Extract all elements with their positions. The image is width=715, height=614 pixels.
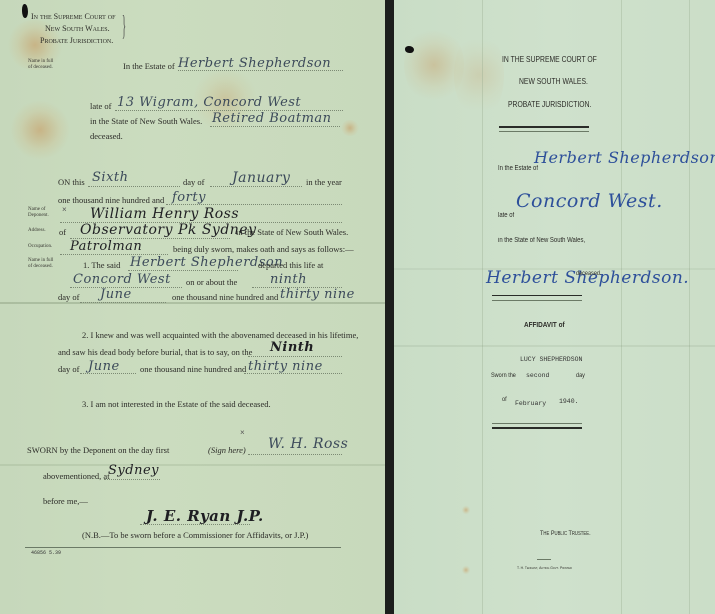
- cover-rule: [492, 295, 582, 296]
- para2-month: June: [88, 359, 120, 374]
- cover-rule: [492, 300, 582, 301]
- cover-rule: [492, 427, 582, 429]
- printer-imprint: T. H. Tennant, Acting Govt. Printer: [517, 565, 572, 570]
- para1-on-about: on or about the: [186, 277, 237, 287]
- paper-stain: [462, 505, 470, 515]
- para3: 3. I am not interested in the Estate of …: [82, 399, 271, 409]
- occupation-deceased: Retired Boatman: [212, 111, 332, 126]
- court-header-line2: New South Wales.: [45, 24, 110, 33]
- para1-year-prefix: one thousand nine hundred and: [172, 292, 278, 302]
- para1-prefix: 1. The said: [83, 260, 120, 270]
- cover-court-line2: NEW SOUTH WALES.: [519, 77, 588, 86]
- affidavit-cover-page: IN THE SUPREME COURT OF NEW SOUTH WALES.…: [394, 0, 715, 614]
- fill-line: [248, 356, 342, 357]
- deponent-name: William Henry Ross: [90, 206, 239, 222]
- margin-label-deponent: Name of Deponent.: [28, 207, 56, 218]
- fill-line: [88, 186, 180, 187]
- late-of-address: 13 Wigram, Concord West: [117, 95, 301, 110]
- cover-deponent-name: LUCY SHEPHERDSON: [520, 356, 582, 363]
- para2-day: Ninth: [270, 340, 314, 355]
- day-label: day: [576, 372, 585, 379]
- public-trustee-label: The Public Trustee.: [540, 530, 591, 537]
- sworn-line2: abovementioned, at: [43, 471, 110, 481]
- para2-day-of: day of: [58, 364, 79, 374]
- fill-line: [178, 70, 343, 71]
- day-of-label: day of: [183, 177, 204, 187]
- paper-stain: [462, 565, 470, 575]
- address-state-suffix: in the State of New South Wales.: [236, 227, 348, 237]
- estate-deceased-name: Herbert Shepherdson: [178, 56, 331, 71]
- paper-stain: [454, 30, 504, 120]
- oath-year: forty: [172, 190, 206, 205]
- cover-late-of-label: late of: [498, 212, 514, 219]
- para1-day: ninth: [270, 272, 307, 287]
- ink-blot: [22, 4, 28, 18]
- year-prefix: one thousand nine hundred and: [58, 195, 164, 205]
- cover-deceased-label: deceased.: [576, 270, 602, 277]
- oath-month: January: [232, 170, 290, 186]
- para1-place: Concord West: [73, 272, 171, 287]
- fill-line: [80, 302, 166, 303]
- oath-day: Sixth: [92, 170, 129, 185]
- sworn-line1: SWORN by the Deponent on the day first: [27, 445, 169, 455]
- cover-court-line1: IN THE SUPREME COURT OF: [502, 55, 597, 64]
- fill-line: [248, 454, 342, 455]
- para1-year: thirty nine: [280, 287, 355, 302]
- cover-rule: [537, 559, 551, 560]
- sign-here-label: (Sign here): [208, 445, 246, 455]
- paper-stain: [340, 120, 360, 136]
- fold-line: [621, 0, 622, 614]
- margin-label-address: Address.: [28, 228, 56, 234]
- late-of-label: late of: [90, 101, 111, 111]
- court-header-line1: In the Supreme Court of: [31, 12, 115, 21]
- deponent-occupation: Patrolman: [70, 239, 142, 254]
- cover-rule: [499, 126, 589, 128]
- affidavit-left-page: In the Supreme Court of New South Wales.…: [0, 0, 385, 614]
- state-label: in the State of New South Wales.: [90, 116, 202, 126]
- cover-sworn-day: second: [526, 372, 549, 379]
- commissioner-signature: J. E. Ryan J.P.: [146, 507, 264, 525]
- margin-label-deceased-2: Name in full of deceased.: [28, 258, 56, 269]
- fill-line: [128, 270, 238, 271]
- brace-bracket: }: [122, 12, 126, 42]
- x-mark: ×: [62, 205, 67, 214]
- para1-departed: departed this life at: [258, 260, 323, 270]
- fold-line: [394, 345, 715, 347]
- cover-rule: [492, 423, 582, 424]
- para2-year-prefix: one thousand nine hundred and: [140, 364, 246, 374]
- binding-spine: [385, 0, 394, 614]
- fold-line: [0, 464, 385, 466]
- fold-line: [482, 0, 483, 614]
- court-header-line3: Probate Jurisdiction.: [40, 36, 113, 45]
- cover-sworn-month: February: [515, 400, 546, 407]
- fill-line: [80, 373, 136, 374]
- margin-label-deceased: Name in full of deceased.: [28, 59, 56, 70]
- deceased-label: deceased.: [90, 131, 123, 141]
- fold-line: [0, 302, 385, 304]
- fill-line: [210, 126, 340, 127]
- in-the-year-label: in the year: [306, 177, 342, 187]
- cover-court-line3: PROBATE JURISDICTION.: [508, 100, 591, 109]
- para2-line1: 2. I knew and was well acquainted with t…: [82, 330, 358, 340]
- estate-label: In the Estate of: [123, 61, 175, 71]
- cover-estate-name: Herbert Shepherdson.: [534, 148, 715, 167]
- sworn-the-label: Sworn the: [491, 372, 516, 379]
- divider-rule: [25, 547, 341, 548]
- cover-rule: [499, 131, 589, 132]
- cover-late-of-value: Concord West.: [516, 190, 663, 212]
- of-label: of: [59, 227, 66, 237]
- fill-line: [140, 524, 250, 525]
- on-this-label: ON this: [58, 177, 85, 187]
- cover-state-label: in the State of New South Wales,: [498, 237, 585, 244]
- cover-estate-label: In the Estate of: [498, 165, 538, 172]
- before-me-label: before me,—: [43, 496, 88, 506]
- para2-line2: and saw his dead body before burial, tha…: [58, 347, 252, 357]
- para2-year: thirty nine: [248, 359, 323, 374]
- fill-line: [244, 373, 342, 374]
- fill-line: [210, 186, 302, 187]
- fold-line: [689, 0, 690, 614]
- x-mark: ×: [240, 428, 245, 437]
- commissioner-note: (N.B.—To be sworn before a Commissioner …: [82, 530, 308, 540]
- cover-sworn-year: 1940.: [559, 398, 579, 405]
- of-label: of: [502, 396, 507, 403]
- deponent-address: Observatory Pk Sydney: [80, 222, 257, 238]
- sworn-place: Sydney: [108, 463, 159, 478]
- para1-month: June: [100, 287, 132, 302]
- fill-line: [104, 479, 160, 480]
- margin-label-occupation: Occupation.: [28, 244, 56, 250]
- deponent-signature: W. H. Ross: [268, 436, 348, 452]
- fill-line: [166, 204, 342, 205]
- paper-stain: [10, 100, 70, 160]
- form-number: 46856 5.39: [31, 550, 61, 556]
- para1-day-of: day of: [58, 292, 79, 302]
- ink-blot: [405, 46, 414, 53]
- oath-text: being duly sworn, makes oath and says as…: [173, 244, 354, 254]
- affidavit-of-label: AFFIDAVIT of: [524, 320, 565, 329]
